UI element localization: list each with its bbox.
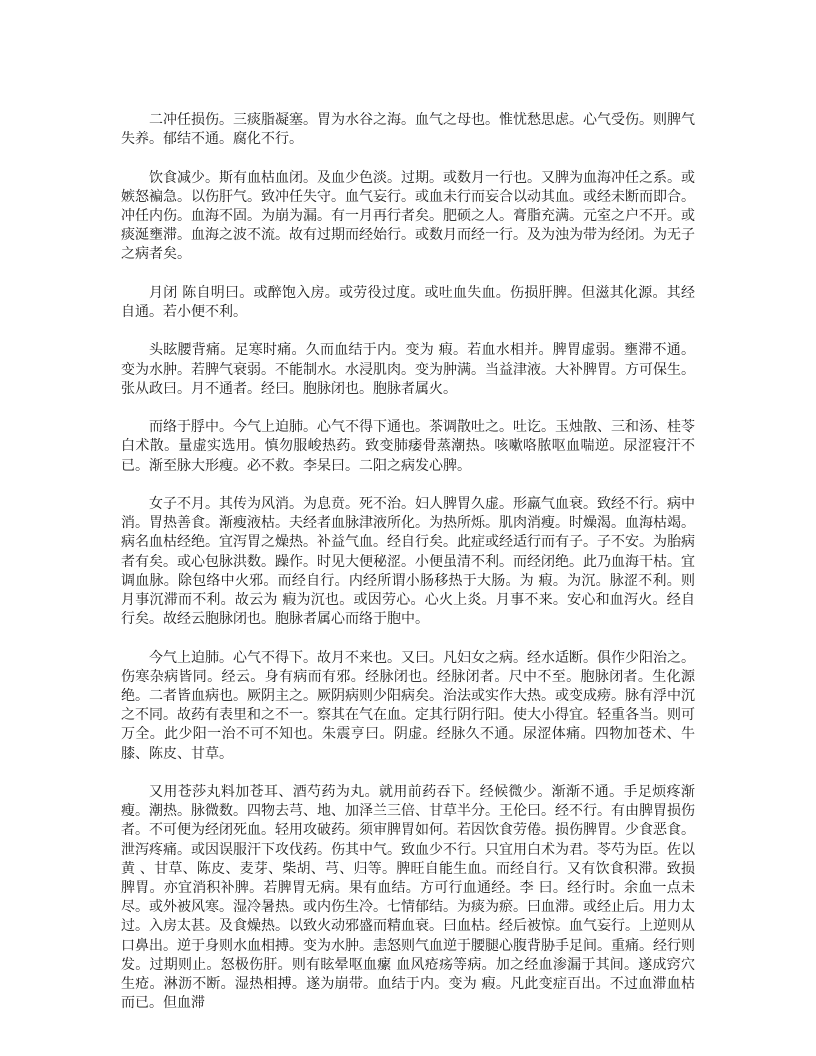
paragraph-5: 而络于脬中。今气上迫肺。心气不得下通也。茶调散吐之。吐讫。玉烛散、三和汤、桂苓白… [121,418,695,476]
paragraph-7: 今气上迫肺。心气不得下。故月不来也。又曰。凡妇女之病。经水适断。俱作少阳治之。伤… [121,649,695,764]
paragraph-2: 饮食减少。斯有血枯血闭。及血少色淡。过期。或数月一行也。又脾为血海冲任之系。或嫉… [121,169,695,265]
paragraph-6: 女子不月。其传为风消。为息贲。死不治。妇人脾胃久虚。形羸气血衰。致经不行。病中消… [121,495,695,629]
paragraph-8: 又用苍莎丸料加苍耳、酒芍药为丸。就用前药吞下。经候微少。渐渐不通。手足烦疼渐瘦。… [121,783,695,1013]
document-page: 二冲任损伤。三痰脂凝塞。胃为水谷之海。血气之母也。惟忧愁思虑。心气受伤。则脾气失… [121,111,695,1033]
paragraph-3: 月闭 陈自明曰。或醉饱入房。或劳役过度。或吐血失血。伤损肝脾。但滋其化源。其经自… [121,284,695,322]
paragraph-1: 二冲任损伤。三痰脂凝塞。胃为水谷之海。血气之母也。惟忧愁思虑。心气受伤。则脾气失… [121,111,695,149]
paragraph-4: 头眩腰背痛。足寒时痛。久而血结于内。变为 瘕。若血水相并。脾胃虚弱。壅滞不通。变… [121,341,695,399]
